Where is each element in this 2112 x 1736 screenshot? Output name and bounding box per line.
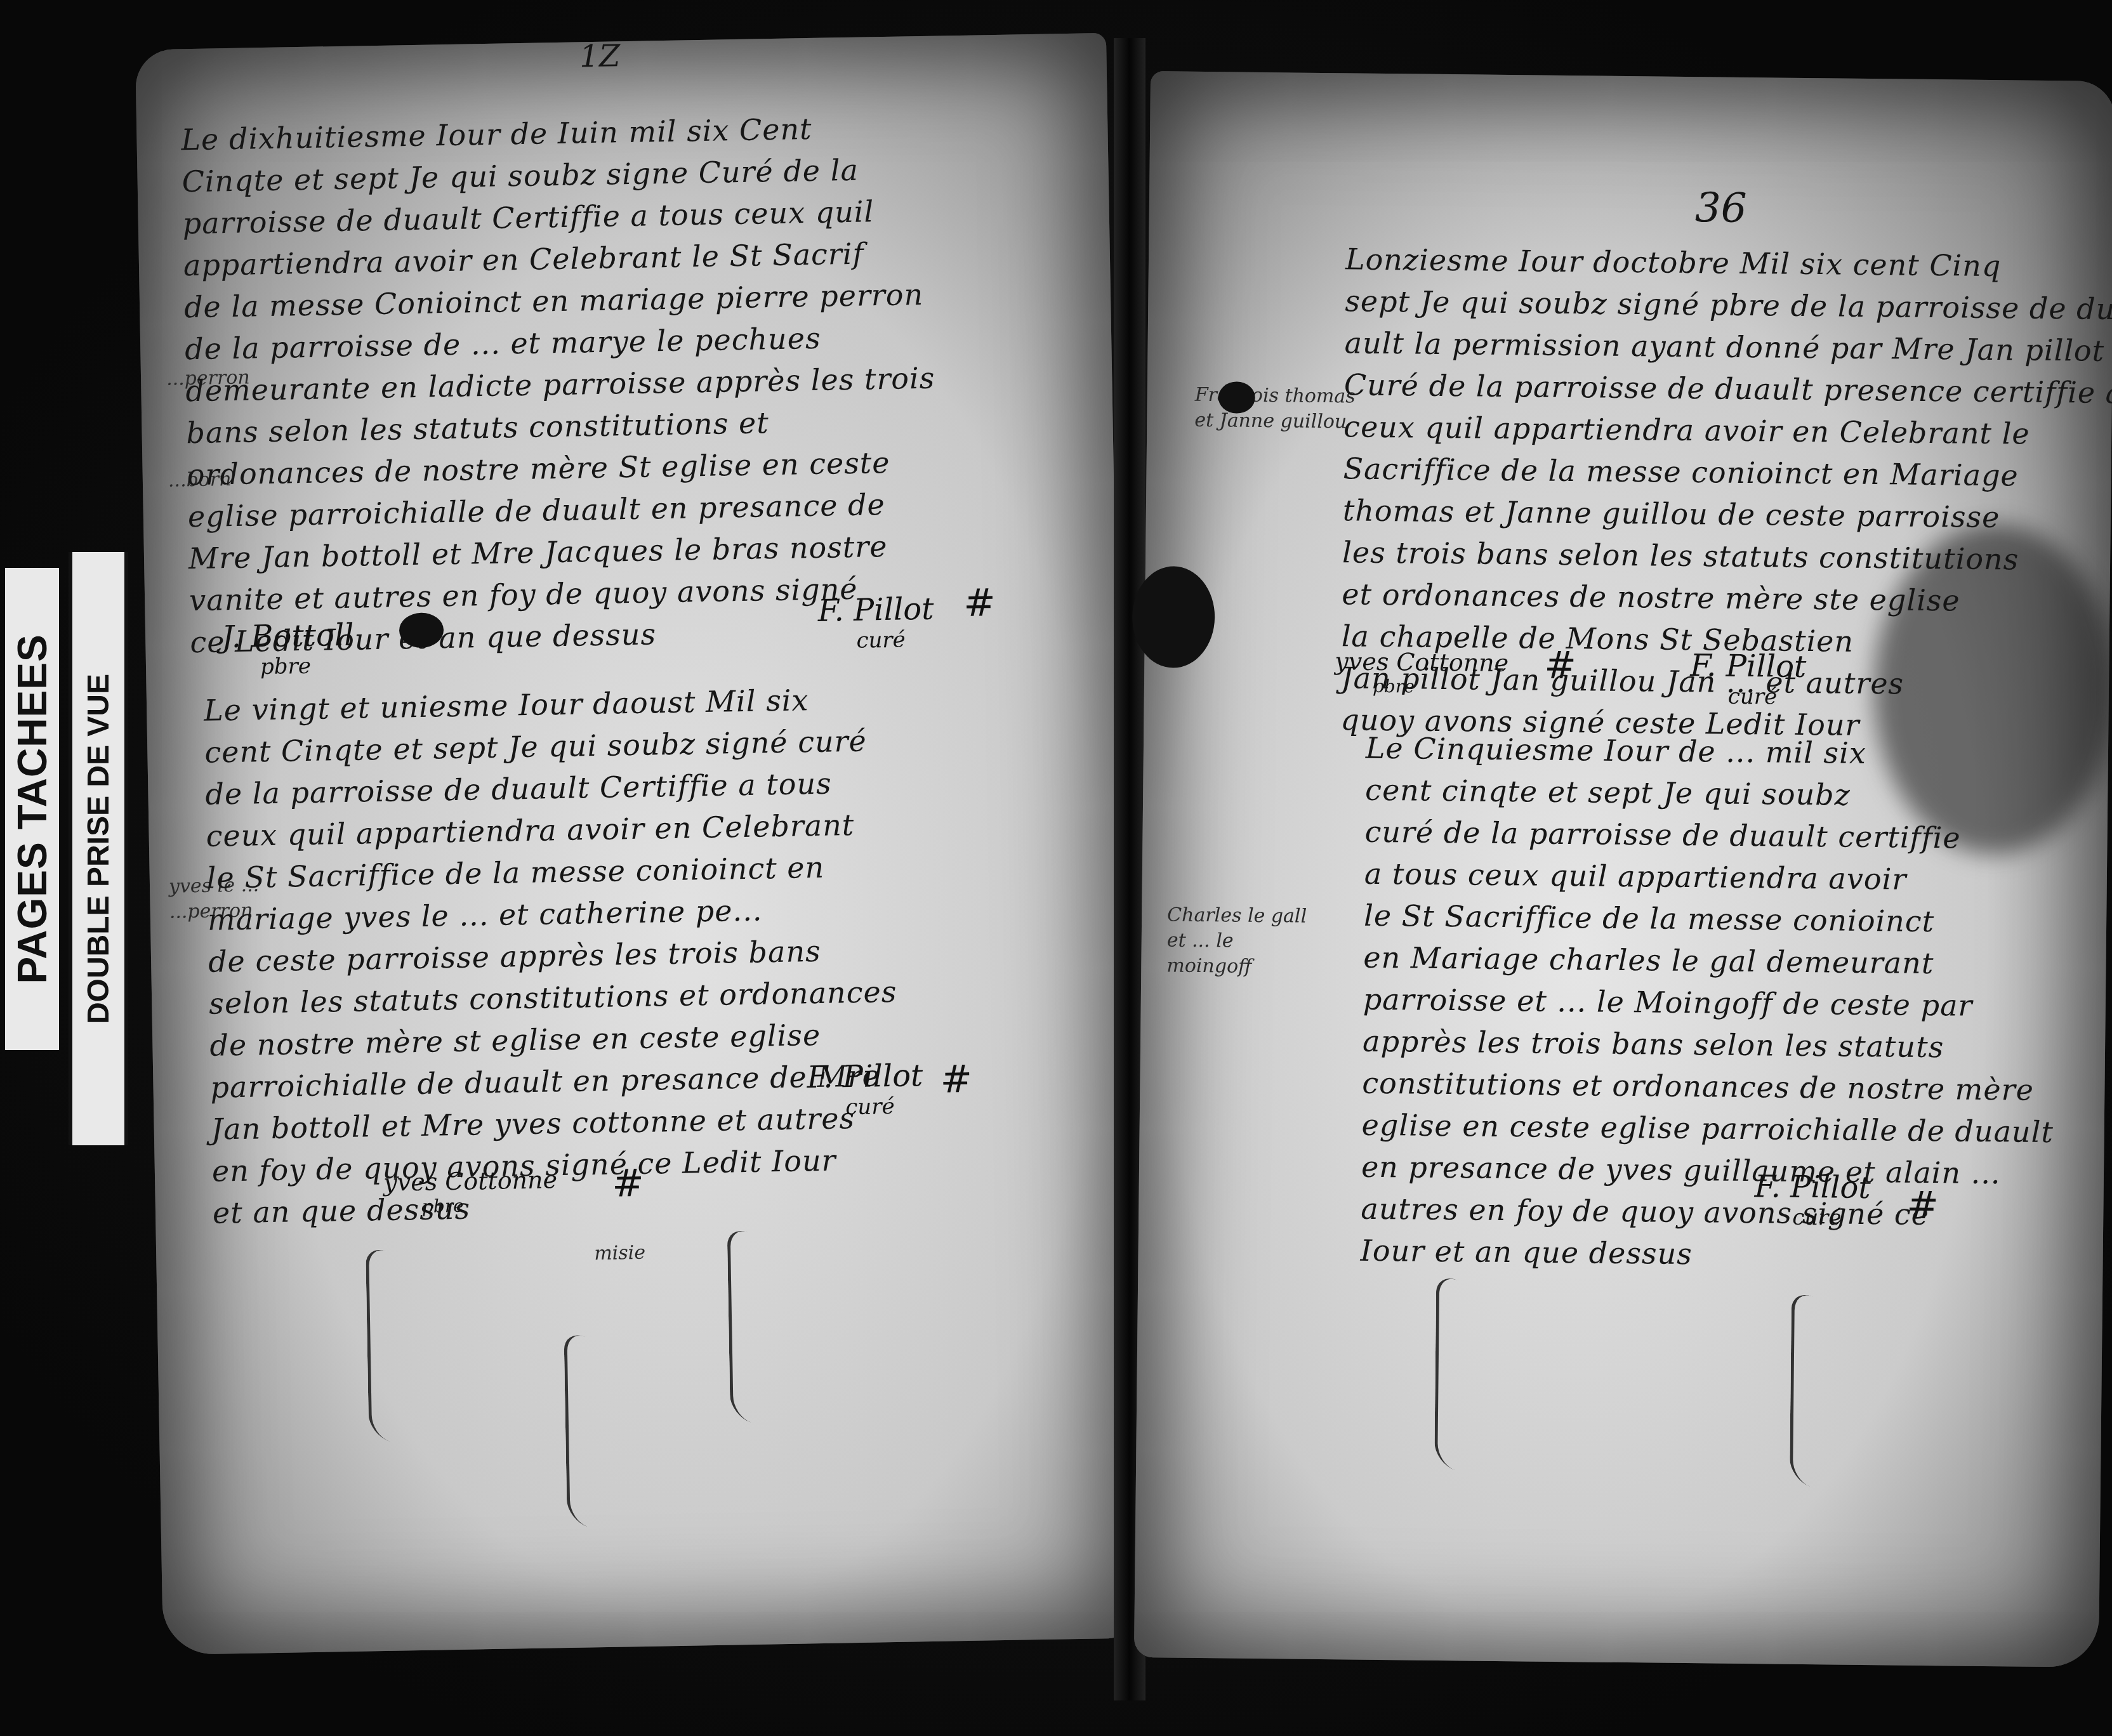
signature-title: curé xyxy=(856,627,935,654)
text-line: le St Sacriffice de la messe conioinct xyxy=(1364,895,2056,944)
signature-title: pbre xyxy=(1373,676,1508,698)
bottom-note: misie xyxy=(594,1240,645,1266)
faint-flourish xyxy=(1790,1289,1833,1494)
margin-line: moingoff xyxy=(1166,953,1306,980)
signature-pillot-2: F. Pillot curé xyxy=(1754,1169,1871,1231)
signature-name: F. Pillot xyxy=(1754,1169,1870,1206)
text-line: parroisse et ... le Moingoff de ceste pa… xyxy=(1363,978,2055,1027)
paraph-mark: # xyxy=(1544,643,1576,688)
text-line: en Mariage charles le gal demeurant xyxy=(1363,937,2056,985)
text-line: Le Cinquiesme Iour de ... mil six xyxy=(1366,727,2058,776)
signature-name: F. Pillot xyxy=(817,591,934,629)
faint-flourish xyxy=(1434,1272,1477,1478)
signature-title: curé xyxy=(845,1093,924,1120)
left-folio-number: 1Z xyxy=(579,38,621,74)
signature-title: curé xyxy=(1728,684,1806,710)
signature-name: F. Pillot xyxy=(807,1058,923,1095)
paraph-mark: # xyxy=(963,581,996,626)
left-entry-1: Le dixhuitiesme Iour de Iuin mil six Cen… xyxy=(181,106,940,663)
left-page: 1Z ...perron ...born Le dixhuitiesme Iou… xyxy=(135,33,1134,1655)
left-entry-2: Le vingt et uniesme Iour daoust Mil six … xyxy=(204,678,901,1234)
stained-pages-text: PAGES TACHEES xyxy=(9,634,56,983)
text-line: autres en foy de quoy avons signé ce xyxy=(1361,1188,2053,1237)
right-folio-number: 36 xyxy=(1695,185,1747,232)
margin-line: et Janne guillou xyxy=(1194,408,1355,435)
signature-pillot-2: F. Pillot curé xyxy=(807,1058,924,1121)
text-line: en presance de yves guillaume et alain .… xyxy=(1361,1146,2054,1195)
text-line: Iour et an que dessus xyxy=(1360,1230,2052,1279)
double-exposure-label: DOUBLE PRISE DE VUE xyxy=(69,552,128,1145)
faint-flourish xyxy=(727,1225,772,1430)
faint-flourish xyxy=(366,1244,411,1449)
double-exposure-text: DOUBLE PRISE DE VUE xyxy=(81,673,116,1023)
large-ink-stain xyxy=(1132,566,1215,668)
paraph-mark: # xyxy=(612,1161,644,1206)
signature-title: pbre xyxy=(422,1193,558,1217)
text-line: eglise en ceste eglise parroichialle de … xyxy=(1361,1104,2054,1153)
faint-flourish xyxy=(564,1329,609,1534)
text-line: constitutions et ordonances de nostre mè… xyxy=(1362,1062,2054,1111)
text-line: apprès les trois bans selon les statuts xyxy=(1363,1020,2055,1069)
signature-name: yves Cottonne xyxy=(1335,647,1508,677)
text-line: a tous ceux quil appartiendra avoir xyxy=(1364,853,2057,902)
signature-title: curé xyxy=(1792,1205,1870,1231)
signature-cottonne: yves Cottonne pbre xyxy=(1335,647,1509,698)
signature-pillot: F. Pillot curé xyxy=(817,591,935,654)
signature-title: pbre xyxy=(260,653,355,680)
ink-blot xyxy=(1218,381,1255,414)
right-entry2-margin-note: Charles le gall et ... le moingoff xyxy=(1166,902,1307,980)
right-entry-2: Le Cinquiesme Iour de ... mil six cent c… xyxy=(1360,727,2057,1279)
text-line: curé de la parroisse de duault certiffie xyxy=(1364,811,2057,860)
margin-line: et ... le xyxy=(1167,928,1307,954)
paraph-mark: # xyxy=(1906,1183,1939,1228)
right-entry1-margin-note: François thomas et Janne guillou xyxy=(1194,383,1356,435)
text-line: cent cinqte et sept Je qui soubz xyxy=(1365,769,2057,818)
stained-pages-label: PAGES TACHEES xyxy=(5,568,59,1050)
paraph-mark: # xyxy=(940,1057,972,1102)
signature-name: yves Cottonne xyxy=(383,1166,558,1197)
signature-bottoll: J. Bottoll pbre xyxy=(221,617,355,681)
signature-name: J. Bottoll xyxy=(221,617,354,655)
signature-pillot: F. Pillot curé xyxy=(1690,648,1807,710)
margin-line: Charles le gall xyxy=(1167,902,1307,929)
signature-name: F. Pillot xyxy=(1690,648,1806,685)
right-page: 36 François thomas et Janne guillou Lonz… xyxy=(1134,71,2112,1667)
signature-cottonne: yves Cottonne pbre xyxy=(383,1166,558,1218)
